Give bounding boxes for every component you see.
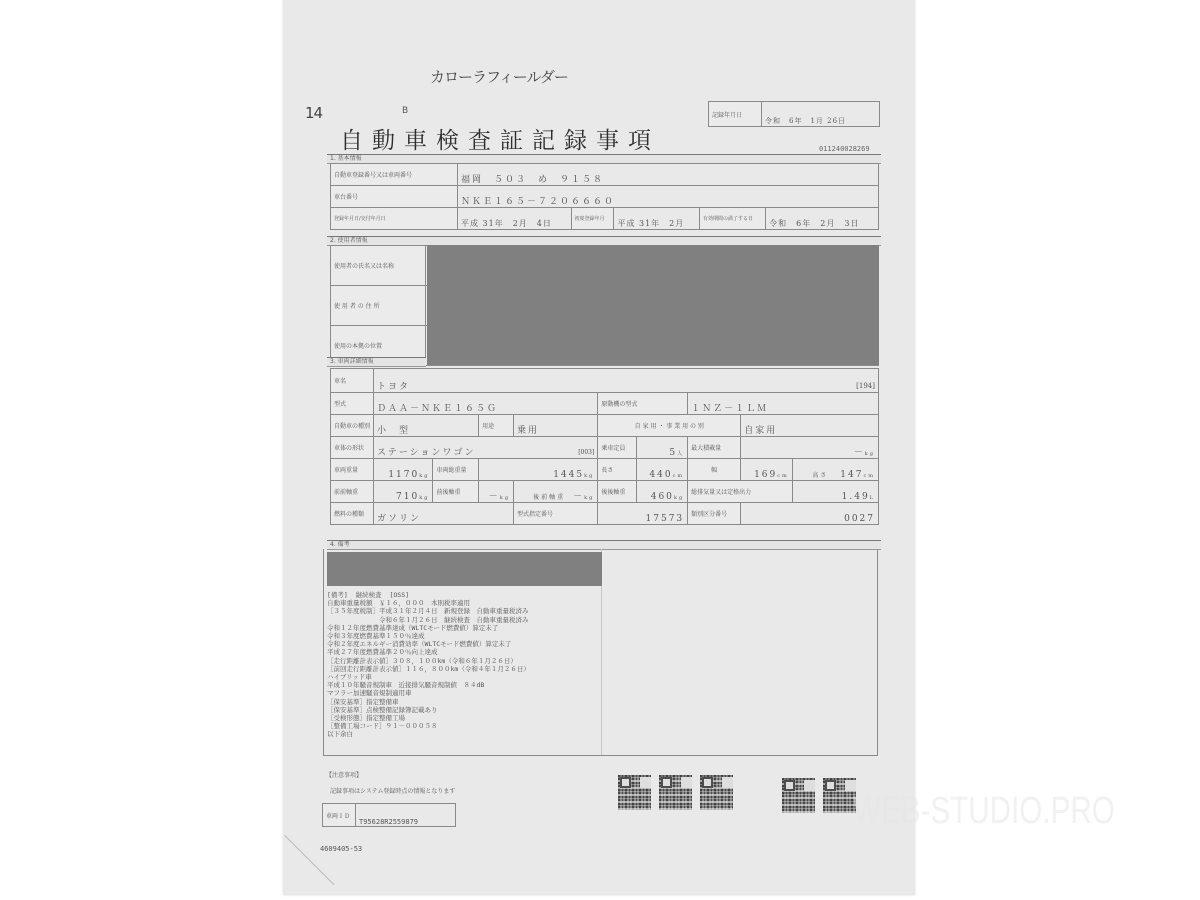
remarks-line: マフラー加速騒音規制適用車: [327, 689, 530, 697]
use-label: 用途: [479, 415, 514, 437]
qr-code-icon: [823, 778, 856, 813]
height-value: 147: [840, 470, 863, 480]
fuel-type-value: ガソリン: [374, 503, 514, 525]
chassis-value: ＮＫＥ１６５－７２０６６６０: [458, 186, 879, 208]
width-value: 169: [754, 470, 777, 480]
displacement-label: 総排気量又は定格出力: [688, 481, 793, 503]
remarks-line: ［走行距離計表示値］３０８，１００km（令和６年１月２６日）: [327, 657, 530, 665]
type-designation-label: 型式指定番号: [514, 503, 598, 525]
record-date-box: 記録年月日 令和 6年 1月 26日: [708, 101, 880, 127]
first-registration-value: 平成 31年 2月: [614, 208, 700, 230]
type-designation-value: 17573: [598, 503, 688, 525]
chassis-label: 車台番号: [331, 186, 458, 208]
qr-code-icon: [618, 775, 651, 810]
engine-model-label: 原動機の型式: [598, 393, 688, 415]
redacted-user-info: [427, 245, 879, 365]
purpose-value: 自家用: [741, 415, 879, 437]
rear-front-axle-value: －: [573, 492, 584, 502]
vehicle-weight-value: 1170: [388, 470, 419, 480]
rear-rear-axle-label: 後後軸重: [598, 481, 636, 503]
body-shape-value: ステーションワゴン: [377, 448, 475, 458]
plate-label: 自動車登録番号又は車両番号: [331, 164, 458, 186]
model-label: 型式: [331, 393, 374, 415]
remarks-line: ［保安基準］点検整備記録簿記載あり: [327, 706, 530, 714]
gross-weight-label: 車両総重量: [433, 459, 479, 481]
qr-code-icon: [782, 778, 815, 813]
handwritten-number-note: 14: [305, 104, 322, 122]
front-rear-axle-value: －: [489, 492, 500, 502]
document-letter: B: [402, 106, 408, 116]
record-date-label: 記録年月日: [709, 102, 762, 127]
qr-code-icon: [700, 775, 733, 810]
use-value: 乗用: [514, 415, 598, 437]
notice-text: 記録事項はシステム登録時点の情報となります: [330, 786, 455, 795]
remarks-text: [備考] 継続検査 [OSS]自動車重量税額 ￥１６，０００ 本則税率適用［３５…: [327, 591, 530, 739]
vehicle-id-value: T95628R2559879: [356, 804, 456, 827]
width-label: 幅: [688, 459, 741, 481]
document-number: 011240028269: [819, 145, 870, 153]
front-front-axle-value: 710: [396, 492, 419, 502]
user-address-label: 使 用 者 の 住 所: [331, 286, 426, 326]
remarks-line: [備考] 継続検査 [OSS]: [327, 591, 530, 599]
category-number-label: 類別区分番号: [688, 503, 741, 525]
registration-date-value: 平成 31年 2月 4日: [458, 208, 572, 230]
front-rear-axle-label: 前後軸重: [433, 481, 479, 503]
remarks-line: 以下余白: [327, 730, 530, 738]
body-shape-label: 車体の形状: [331, 437, 374, 459]
notice-heading: 【注意事項】: [326, 770, 362, 779]
vehicle-id-box: 車両ＩＤ T95628R2559879: [322, 803, 456, 827]
fuel-type-label: 燃料の種類: [331, 503, 374, 525]
expiry-date-label: 有効期間の満了する日: [700, 208, 766, 230]
height-label: 高さ: [812, 472, 828, 479]
watermark: WEB-STUDIO.PRO: [853, 790, 1115, 833]
max-load-label: 最大積載量: [688, 437, 741, 459]
vehicle-id-label: 車両ＩＤ: [323, 804, 356, 827]
handwritten-model-note: カローラフィールダー: [430, 66, 568, 87]
remarks-line: 令和３年度燃費基準１５０％達成: [327, 632, 530, 640]
rear-front-axle-label: 後前軸重: [533, 494, 565, 501]
rear-rear-axle-value: 460: [651, 492, 674, 502]
length-label: 長さ: [598, 459, 636, 481]
vehicle-weight-label: 車両重量: [331, 459, 374, 481]
max-load-value: －: [854, 448, 865, 458]
registration-date-label: 登録年月日/交付年月日: [331, 208, 458, 230]
document-title: 自動車検査証記録事項: [340, 122, 660, 155]
remarks-line: 平成２７年度燃費基準２０％向上達成: [327, 648, 530, 656]
remarks-line: ハイブリッド車: [327, 673, 530, 681]
vehicle-details-table: 車名 トヨタ [194] 型式 ＤＡＡ－ＮＫＥ１６５Ｇ 原動機の型式 １ＮＺ－１…: [330, 368, 879, 525]
maker-label: 車名: [331, 369, 374, 393]
section-vehicle-details: 3. 車両詳細情報: [327, 357, 426, 367]
remarks-line: ［保安基準］指定整備車: [327, 698, 530, 706]
first-registration-label: 初度登録年月: [571, 208, 614, 230]
qr-code-icon: [659, 775, 692, 810]
length-value: 440: [649, 470, 672, 480]
remarks-line: ［前回走行距離計表示値］１１６，８００km（令和４年１月２６日）: [327, 665, 530, 673]
remarks-line: 令和１２年度燃費基準達成（WLTCモード燃費値）算定未了: [327, 624, 530, 632]
gross-weight-value: 1445: [553, 470, 584, 480]
record-date-value: 令和 6年 1月 26日: [762, 102, 880, 127]
basic-info-table: 自動車登録番号又は車両番号 福岡 ５０３ め ９１５８ 車台番号 ＮＫＥ１６５－…: [330, 163, 879, 230]
capacity-label: 乗車定員: [598, 437, 636, 459]
maker-value: トヨタ: [377, 382, 410, 392]
capacity-value: 5: [669, 448, 677, 458]
front-front-axle-label: 前前軸重: [331, 481, 374, 503]
plate-value: 福岡 ５０３ め ９１５８: [458, 164, 879, 186]
displacement-value: 1.49: [842, 492, 870, 502]
maker-code: [194]: [856, 382, 875, 390]
remarks-line: ［整備工場コード］９１－０００５８: [327, 722, 530, 730]
purpose-label: 自 家 用 ・ 事 業 用 の 別: [598, 415, 741, 437]
user-name-label: 使用者の氏名又は名称: [331, 246, 426, 286]
remarks-line: 令和６年１月２６日 継続検査 自動車重量税済み: [327, 616, 530, 624]
redacted-remarks: [327, 552, 602, 586]
remarks-line: ［３５年度税制］平成３１年２月４日 新規登録 自動車重量税済み: [327, 607, 530, 615]
form-number: 4609405-53: [320, 845, 362, 853]
model-value: ＤＡＡ－ＮＫＥ１６５Ｇ: [374, 393, 598, 415]
engine-model-value: １ＮＺ－１ＬＭ: [688, 393, 879, 415]
vehicle-type-value: 小 型: [374, 415, 479, 437]
category-number-value: 0027: [741, 503, 879, 525]
expiry-date-value: 令和 6年 2月 3日: [766, 208, 879, 230]
vehicle-type-label: 自動車の種別: [331, 415, 374, 437]
body-shape-code: [003]: [578, 449, 594, 456]
